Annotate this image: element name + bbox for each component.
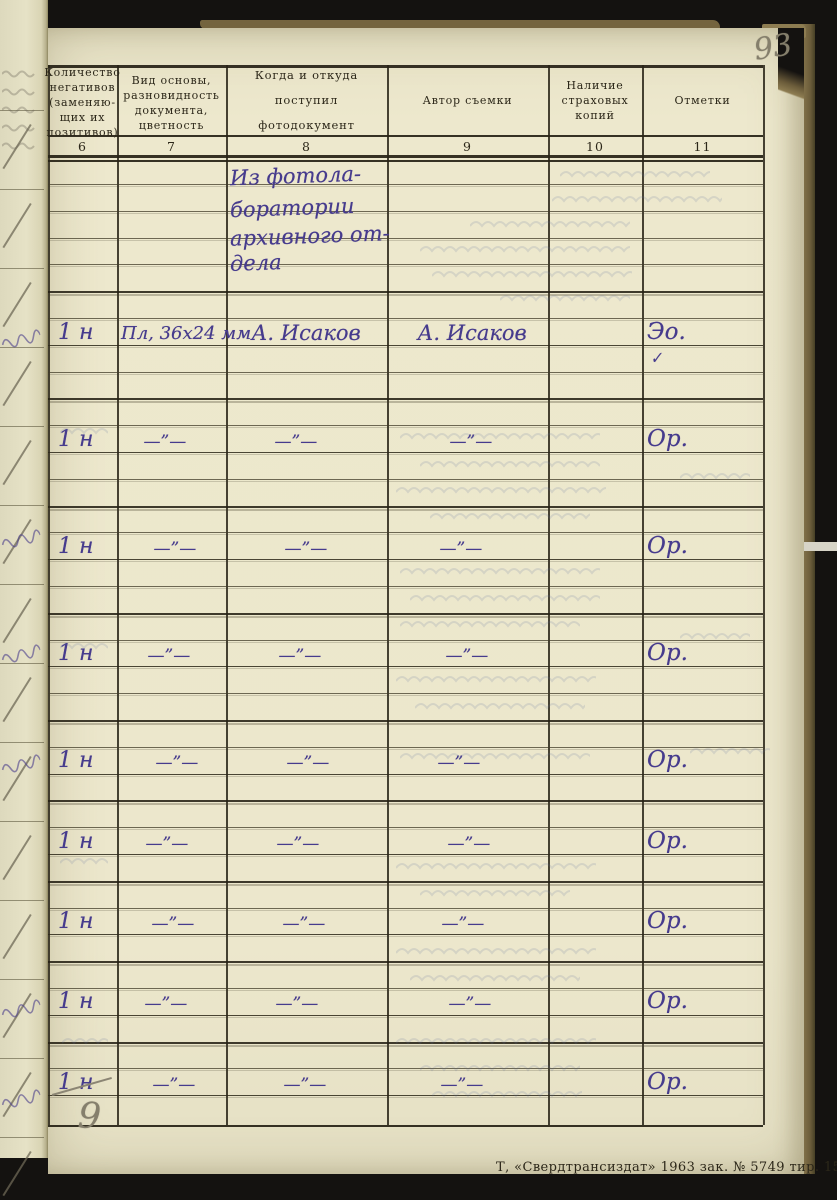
cell-received-ditto: —”— (287, 753, 330, 773)
cell-author-ditto: —”— (446, 646, 489, 666)
bleed-through-scribble (690, 745, 770, 764)
column-header-line: позитивов) (47, 125, 119, 140)
signature-fragment (0, 1086, 43, 1114)
provenance-note-line: боратории (230, 194, 355, 222)
mirrored-print-ghost (2, 118, 38, 137)
stacked-page-line (0, 426, 44, 427)
column-header-line: цветность (139, 118, 204, 133)
bleed-through-scribble (680, 470, 750, 489)
column-header-line: щих их (60, 110, 106, 125)
bleed-through-scribble (432, 268, 632, 287)
bleed-through-scribble (680, 630, 750, 649)
ruled-line (48, 398, 763, 400)
cell-received-ditto: —”— (276, 994, 319, 1014)
cell-marks: Ор. (647, 828, 688, 854)
column-header-line: копий (575, 108, 615, 123)
column-header-7: Вид основы,разновидностьдокумента,цветно… (119, 65, 224, 135)
cell-basis: Пл, 36х24 мм (121, 323, 251, 344)
ruled-line (48, 693, 763, 694)
cell-received-ditto: —”— (283, 914, 326, 934)
strike-through-slash (2, 203, 31, 248)
stacked-page-line (0, 742, 44, 743)
column-border-5 (642, 65, 644, 1125)
cell-marks: Ор. (647, 988, 688, 1014)
register-page: 93 Количествонегативов(заменяю-щих ихпоз… (48, 28, 804, 1174)
ruled-line (48, 452, 763, 453)
cell-negatives-count: 1 н (58, 534, 93, 559)
cell-negatives-count: 1 н (58, 829, 93, 854)
mirrored-print-ghost (2, 100, 38, 119)
column-header-8: Когда и откуда поступилфотодокумент (228, 65, 385, 135)
mirrored-print-ghost (2, 64, 38, 83)
bleed-through-scribble (552, 193, 722, 212)
column-number-11: 11 (642, 139, 763, 154)
column-header-10: Наличиестраховыхкопий (550, 65, 640, 135)
mirrored-print-ghost (2, 82, 38, 101)
header-bottom-border (48, 155, 763, 158)
ruled-line (48, 774, 763, 775)
cell-author-ditto: —”— (442, 914, 485, 934)
bleed-through-scribble (470, 218, 630, 237)
cell-marks: Ор. (647, 1069, 688, 1095)
column-number-7: 7 (117, 139, 226, 154)
bleed-through-scribble (396, 945, 596, 964)
cell-author-ditto: —”— (448, 834, 491, 854)
strike-through-slash (2, 361, 31, 406)
cell-marks: Ор. (647, 747, 688, 773)
cell-negatives-count: 1 н (58, 989, 93, 1014)
bleed-through-scribble (396, 1035, 596, 1054)
strike-through-slash (2, 440, 31, 485)
strike-through-slash (2, 282, 31, 327)
signature-fragment (0, 326, 43, 354)
cell-author-ditto: —”— (449, 994, 492, 1014)
bleed-through-scribble (415, 700, 585, 719)
cell-negatives-count: 1 н (58, 320, 93, 345)
stacked-page-line (0, 505, 44, 506)
bleed-through-scribble (60, 855, 108, 874)
column-header-line: Автор съемки (423, 93, 513, 108)
cell-received-from: А. Исаков (252, 321, 361, 345)
ruled-line (48, 291, 763, 293)
column-border-0 (48, 65, 50, 1125)
ruled-line (48, 854, 763, 855)
bleed-through-scribble (400, 618, 580, 637)
column-header-6: Количествонегативов(заменяю-щих ихпозити… (50, 65, 115, 135)
signature-fragment (0, 751, 43, 779)
signature-fragment (0, 526, 43, 554)
provenance-note-line: дела (230, 250, 282, 276)
ruled-line (48, 506, 763, 508)
strike-through-slash (2, 677, 31, 722)
ruled-line (48, 720, 763, 722)
column-border-2 (226, 65, 228, 1125)
column-border-1 (117, 65, 119, 1125)
cell-author-ditto: —”— (440, 539, 483, 559)
cell-basis-ditto: —”— (152, 914, 195, 934)
stacked-page-line (0, 1058, 44, 1059)
stacked-page-line (0, 189, 44, 190)
bleed-through-scribble (420, 887, 570, 906)
stacked-page-line (0, 268, 44, 269)
imprint-line: Т, «Свердтрансиздат» 1963 зак. № 5749 ти… (496, 1160, 837, 1175)
cell-marks: Эо. (647, 319, 686, 345)
column-header-line: Количество (44, 65, 120, 80)
bleed-through-scribble (400, 750, 590, 769)
header-divider (48, 135, 763, 137)
bleed-through-scribble (410, 972, 580, 991)
cell-received-ditto: —”— (285, 539, 328, 559)
column-header-line: документа, (135, 103, 208, 118)
column-header-line: Вид основы, (132, 73, 212, 88)
column-number-10: 10 (548, 139, 642, 154)
bleed-through-scribble (420, 1062, 580, 1081)
cell-basis-ditto: —”— (156, 753, 199, 773)
bleed-through-scribble (432, 1088, 582, 1107)
stacked-page-line (0, 900, 44, 901)
ruled-line (48, 345, 763, 346)
bleed-through-scribble (410, 592, 600, 611)
ruled-line (48, 666, 763, 667)
sheet-corner-number: 9 (77, 1095, 103, 1137)
provenance-note-line: Из фотола- (230, 162, 362, 191)
stacked-page-line (0, 584, 44, 585)
background-paper-strip (803, 542, 837, 551)
column-header-11: Отметки (644, 65, 761, 135)
ruled-line (48, 586, 763, 587)
strike-through-slash (2, 914, 31, 959)
strike-through-slash (2, 1151, 31, 1196)
column-header-line: фотодокумент (258, 113, 355, 138)
ruled-line (48, 264, 763, 265)
ruled-line (48, 881, 763, 883)
column-header-line: Когда и откуда поступил (228, 63, 385, 113)
previous-pages-edge (0, 0, 48, 1158)
cell-received-ditto: —”— (277, 834, 320, 854)
ruled-line (48, 238, 763, 239)
cell-received-ditto: —”— (279, 646, 322, 666)
cell-basis-ditto: —”— (145, 994, 188, 1014)
cell-basis-ditto: —”— (153, 1075, 196, 1095)
cell-basis-ditto: —”— (144, 432, 187, 452)
bleed-through-scribble (62, 1035, 108, 1054)
provenance-note-line: архивного от- (230, 221, 390, 251)
column-header-line: разновидность (123, 88, 219, 103)
ruled-line (48, 1015, 763, 1016)
bleed-through-scribble (60, 640, 108, 659)
checkmark: ✓ (649, 348, 664, 368)
ruled-line (48, 613, 763, 615)
stacked-page-line (0, 821, 44, 822)
bleed-through-scribble (430, 510, 590, 529)
bleed-through-scribble (560, 168, 710, 187)
bleed-through-scribble (500, 292, 630, 311)
column-header-9: Автор съемки (389, 65, 546, 135)
cell-received-ditto: —”— (275, 432, 318, 452)
column-number-9: 9 (387, 139, 548, 154)
cell-marks: Ор. (647, 533, 688, 559)
page-number: 93 (751, 27, 794, 68)
header-bottom-border-2 (48, 160, 763, 162)
cell-marks: Ор. (647, 426, 688, 452)
column-number-8: 8 (226, 139, 387, 154)
cell-negatives-count: 1 н (58, 909, 93, 934)
cell-marks: Ор. (647, 908, 688, 934)
strike-through-slash (2, 598, 31, 643)
column-number-6: 6 (48, 139, 117, 154)
signature-fragment (0, 641, 43, 669)
bleed-through-scribble (396, 673, 596, 692)
column-header-line: Наличие (566, 78, 623, 93)
cell-author: А. Исаков (418, 321, 527, 345)
cell-basis-ditto: —”— (154, 539, 197, 559)
ruled-line (48, 559, 763, 560)
bleed-through-scribble (396, 860, 596, 879)
bleed-through-scribble (420, 243, 630, 262)
bleed-through-scribble (396, 484, 606, 503)
ruled-line (48, 800, 763, 802)
ruled-line (48, 1095, 763, 1096)
bleed-through-scribble (420, 458, 600, 477)
cell-basis-ditto: —”— (148, 646, 191, 666)
bleed-through-scribble (400, 430, 600, 449)
column-header-line: страховых (561, 93, 628, 108)
strike-through-slash (2, 835, 31, 880)
column-border-6 (763, 65, 765, 1125)
bleed-through-scribble (400, 565, 600, 584)
table-bottom-border (48, 1125, 763, 1127)
signature-fragment (0, 996, 43, 1024)
column-header-line: (заменяю- (49, 95, 116, 110)
stacked-page-line (0, 1137, 44, 1138)
cell-basis-ditto: —”— (146, 834, 189, 854)
scanned-archive-register: 93 Количествонегативов(заменяю-щих ихпоз… (0, 0, 837, 1200)
bleed-through-scribble (60, 425, 108, 444)
ruled-line (48, 934, 763, 935)
cell-negatives-count: 1 н (58, 748, 93, 773)
stacked-page-line (0, 979, 44, 980)
mirrored-print-ghost (2, 136, 38, 155)
column-header-line: негативов (50, 80, 116, 95)
ruled-line (48, 479, 763, 480)
column-header-line: Отметки (674, 93, 730, 108)
ruled-line (48, 372, 763, 373)
cell-received-ditto: —”— (284, 1075, 327, 1095)
